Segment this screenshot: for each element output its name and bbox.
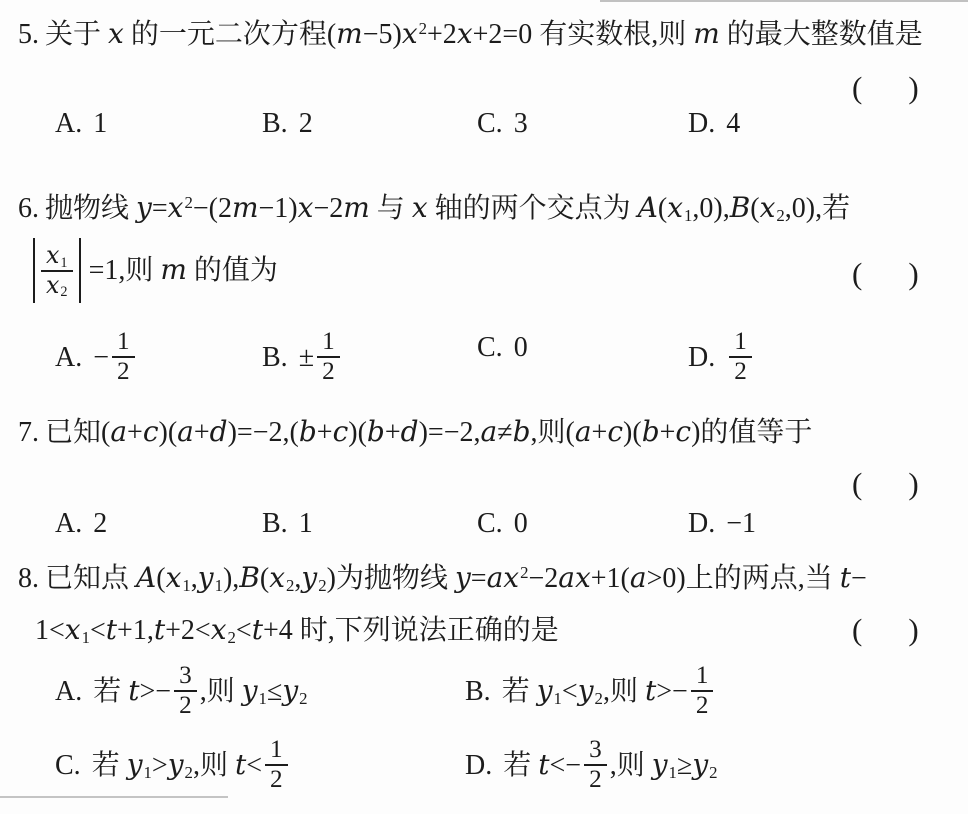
question-8-answer-bracket: () — [852, 612, 919, 648]
bracket-close: ) — [908, 612, 918, 647]
bracket-open: ( — [852, 70, 862, 105]
question-6-stem: 6.抛物线 y=x2−(2m−1)x−2m 与 x 轴的两个交点为 A(x1,0… — [18, 190, 850, 227]
question-7-number: 7. — [18, 417, 39, 448]
math-test-page: 5.关于 x 的一元二次方程(m−5)x2+2x+2=0 有实数根,则 m 的最… — [0, 0, 968, 814]
question-8-text: 已知点 A(x1,y1),B(x2,y2)为抛物线 y=ax2−2ax+1(a>… — [45, 563, 867, 594]
question-7-option-a: A.2 — [55, 506, 107, 542]
option-value: 2 — [93, 508, 107, 539]
question-5-text: 关于 x 的一元二次方程(m−5)x2+2x+2=0 有实数根,则 m 的最大整… — [45, 19, 923, 50]
option-label: C. — [477, 332, 503, 363]
option-value: 若 t<−32,则 y1≥y2 — [503, 750, 717, 781]
option-label: B. — [262, 508, 288, 539]
question-6-number: 6. — [18, 193, 39, 224]
question-8-number: 8. — [18, 563, 39, 594]
option-label: C. — [477, 508, 503, 539]
option-label: A. — [55, 508, 82, 539]
question-8-option-c: C.若 y1>y2,则 t<12 — [55, 738, 291, 796]
option-label: A. — [55, 342, 82, 373]
option-value: −1 — [726, 508, 756, 539]
bracket-close: ) — [908, 256, 918, 291]
option-value: 4 — [726, 108, 740, 139]
question-8-stem-line2: 1<x1<t+1,t+2<x2<t+4 时,下列说法正确的是 — [35, 612, 559, 649]
question-7-option-d: D.−1 — [688, 506, 756, 542]
option-value: 若 y1<y2,则 t>−12 — [502, 676, 717, 707]
question-6-text-line2: x1x2=1,则 m 的值为 — [30, 255, 278, 286]
question-7-option-c: C.0 — [477, 506, 528, 542]
question-8-stem: 8.已知点 A(x1,y1),B(x2,y2)为抛物线 y=ax2−2ax+1(… — [18, 560, 867, 597]
option-label: B. — [465, 676, 491, 707]
option-value: 若 t>−32,则 y1≤y2 — [93, 676, 307, 707]
question-6-option-d: D.12 — [688, 330, 755, 388]
option-value: 0 — [514, 508, 528, 539]
option-label: D. — [688, 508, 715, 539]
option-value: 3 — [514, 108, 528, 139]
option-label: C. — [55, 750, 81, 781]
option-value: 0 — [514, 332, 528, 363]
question-8-option-a: A.若 t>−32,则 y1≤y2 — [55, 664, 308, 722]
bracket-close: ) — [908, 70, 918, 105]
question-6-option-b: B.±12 — [262, 330, 343, 388]
option-value: 2 — [299, 108, 313, 139]
bracket-open: ( — [852, 256, 862, 291]
option-value: 1 — [93, 108, 107, 139]
option-label: D. — [465, 750, 492, 781]
bracket-open: ( — [852, 466, 862, 501]
option-value: −12 — [93, 342, 137, 373]
option-value: 12 — [726, 342, 755, 373]
option-label: A. — [55, 108, 82, 139]
scan-artifact-line-top — [600, 0, 968, 2]
option-label: D. — [688, 108, 715, 139]
question-8-option-b: B.若 y1<y2,则 t>−12 — [465, 664, 716, 722]
question-6-option-c: C.0 — [477, 330, 528, 366]
question-5-option-d: D.4 — [688, 106, 740, 142]
question-8-text-line2: 1<x1<t+1,t+2<x2<t+4 时,下列说法正确的是 — [35, 615, 559, 646]
question-7-answer-bracket: () — [852, 466, 919, 502]
option-value: ±12 — [299, 342, 343, 373]
option-label: B. — [262, 342, 288, 373]
question-5-option-a: A.1 — [55, 106, 107, 142]
option-label: D. — [688, 342, 715, 373]
question-6-answer-bracket: () — [852, 256, 919, 292]
bracket-open: ( — [852, 612, 862, 647]
question-7-text: 已知(a+c)(a+d)=−2,(b+c)(b+d)=−2,a≠b,则(a+c)… — [45, 417, 812, 448]
option-label: A. — [55, 676, 82, 707]
question-8-option-d: D.若 t<−32,则 y1≥y2 — [465, 738, 718, 796]
question-5-option-b: B.2 — [262, 106, 313, 142]
question-7-option-b: B.1 — [262, 506, 313, 542]
question-6-stem-line2: x1x2=1,则 m 的值为 — [30, 240, 278, 305]
option-value: 1 — [299, 508, 313, 539]
question-6-option-a: A.−12 — [55, 330, 138, 388]
question-7-stem: 7.已知(a+c)(a+d)=−2,(b+c)(b+d)=−2,a≠b,则(a+… — [18, 414, 812, 451]
option-label: B. — [262, 108, 288, 139]
option-label: C. — [477, 108, 503, 139]
question-5-answer-bracket: () — [852, 70, 919, 106]
question-6-text: 抛物线 y=x2−(2m−1)x−2m 与 x 轴的两个交点为 A(x1,0),… — [45, 193, 850, 224]
question-5-option-c: C.3 — [477, 106, 528, 142]
question-5-stem: 5.关于 x 的一元二次方程(m−5)x2+2x+2=0 有实数根,则 m 的最… — [18, 16, 923, 53]
option-value: 若 y1>y2,则 t<12 — [92, 750, 291, 781]
bracket-close: ) — [908, 466, 918, 501]
question-5-number: 5. — [18, 19, 39, 50]
